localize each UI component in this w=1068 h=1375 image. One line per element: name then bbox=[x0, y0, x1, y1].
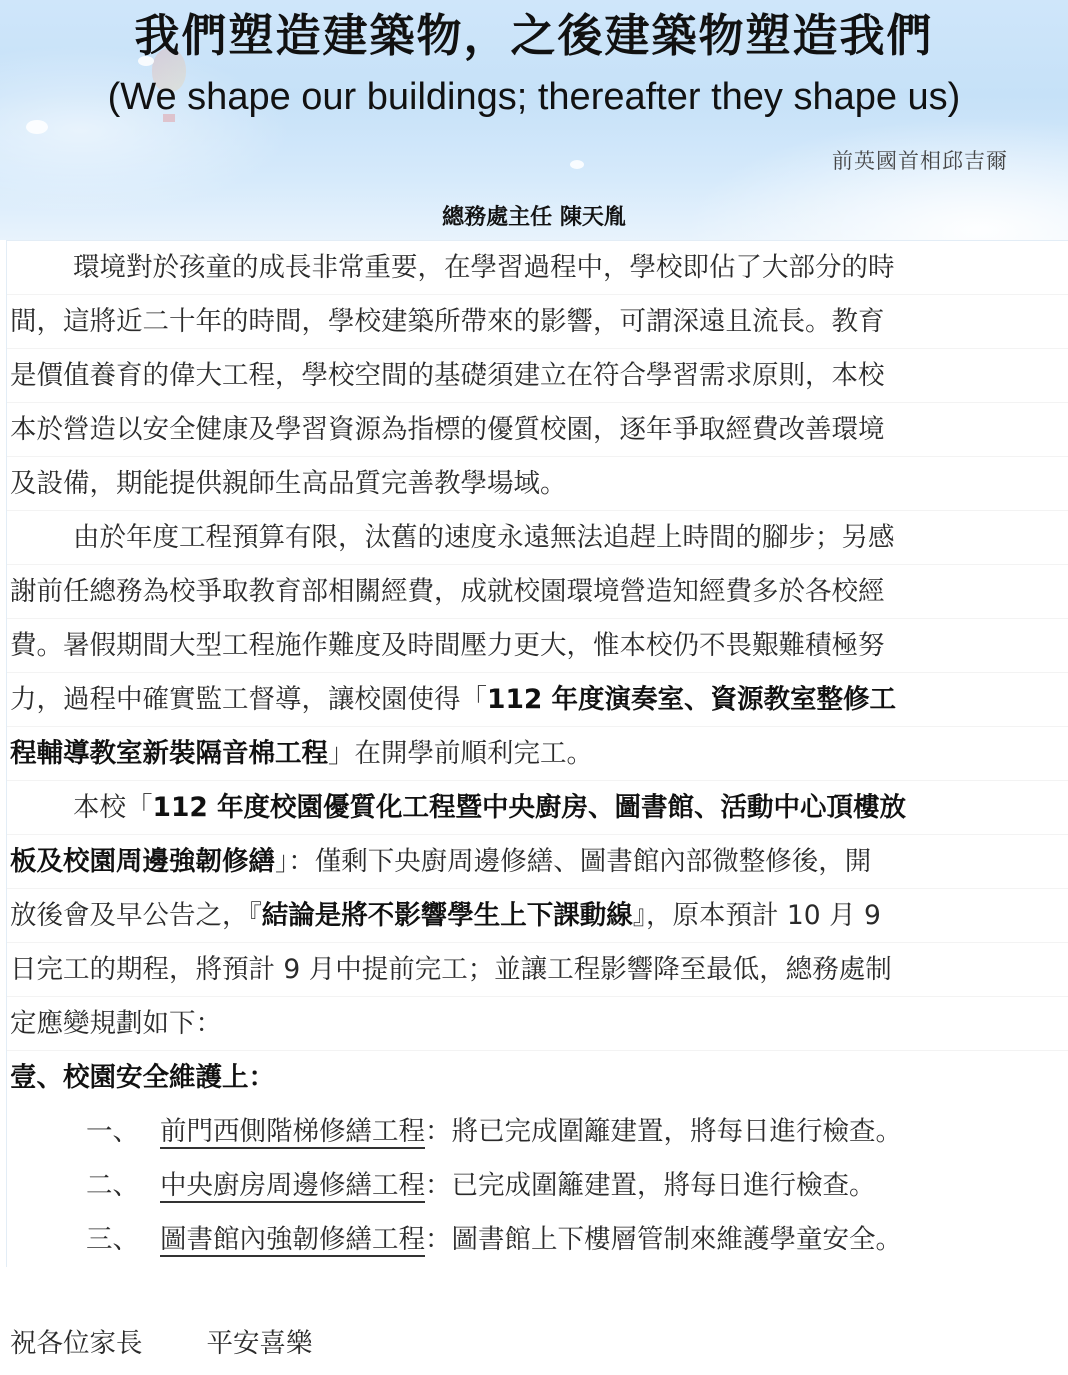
text-run: 」在開學前順利完工。 bbox=[328, 738, 593, 769]
paragraph-line: 由於年度工程預算有限，汰舊的速度永遠無法追趕上時間的腳步；另感 bbox=[7, 511, 1068, 565]
list-number: 一、 bbox=[86, 1105, 160, 1159]
text-run: 是價值養育的偉大工程，學校空間的基礎須建立在符合學習需求原則，本校 bbox=[10, 360, 885, 391]
paragraph-line: 板及校園周邊強韌修繕」：僅剩下央廚周邊修繕、圖書館內部微整修後，開 bbox=[7, 835, 1068, 889]
text-run: 」：僅剩下央廚周邊修繕、圖書館內部微整修後，開 bbox=[275, 846, 871, 877]
list-item-title: 前門西側階梯修繕工程 bbox=[160, 1116, 425, 1147]
emphasized-text: 程輔導教室新裝隔音棉工程 bbox=[10, 738, 328, 769]
paragraph-line: 定應變規劃如下： bbox=[7, 997, 1068, 1051]
list-item: 一、前門西側階梯修繕工程：將已完成圍籬建置，將每日進行檢查。 bbox=[7, 1105, 1068, 1159]
list-item-description: ：已完成圍籬建置，將每日進行檢查。 bbox=[425, 1170, 876, 1201]
paragraph-line: 及設備，期能提供親師生高品質完善教學場域。 bbox=[7, 457, 1068, 511]
paragraph-line: 是價值養育的偉大工程，學校空間的基礎須建立在符合學習需求原則，本校 bbox=[7, 349, 1068, 403]
paragraph: 本校「112 年度校園優質化工程暨中央廚房、圖書館、活動中心頂樓放板及校園周邊強… bbox=[7, 781, 1068, 1051]
text-run: 由於年度工程預算有限，汰舊的速度永遠無法追趕上時間的腳步；另感 bbox=[73, 522, 895, 553]
cloud-decoration bbox=[570, 160, 584, 169]
text-run: 費。暑假期間大型工程施作難度及時間壓力更大，惟本校仍不畏艱難積極努 bbox=[10, 630, 885, 661]
text-run: 放後會及早公告之，『 bbox=[10, 900, 262, 931]
paragraph: 環境對於孩童的成長非常重要，在學習過程中，學校即佔了大部分的時間，這將近二十年的… bbox=[7, 241, 1068, 511]
text-run: 環境對於孩童的成長非常重要，在學習過程中，學校即佔了大部分的時 bbox=[73, 252, 895, 283]
page-subtitle: (We shape our buildings; thereafter they… bbox=[0, 72, 1068, 122]
list-item-description: ：將已完成圍籬建置，將每日進行檢查。 bbox=[425, 1116, 902, 1147]
page-title: 我們塑造建築物，之後建築物塑造我們 bbox=[0, 6, 1068, 66]
text-run: 及設備，期能提供親師生高品質完善教學場域。 bbox=[10, 468, 567, 499]
text-run: 謝前任總務為校爭取教育部相關經費，成就校園環境營造知經費多於各校經 bbox=[10, 576, 885, 607]
section-heading: 壹、校園安全維護上： bbox=[7, 1051, 1068, 1105]
list-number: 三、 bbox=[86, 1213, 160, 1267]
emphasized-text: 板及校園周邊強韌修繕 bbox=[10, 846, 275, 877]
text-run: 日完工的期程，將預計 9 月中提前完工；並讓工程影響降至最低，總務處制 bbox=[10, 954, 892, 985]
emphasized-text: 112 年度演奏室、資源教室整修工 bbox=[487, 684, 896, 715]
paragraph-line: 本於營造以安全健康及學習資源為指標的優質校園，逐年爭取經費改善環境 bbox=[7, 403, 1068, 457]
cloud-decoration bbox=[26, 120, 48, 134]
paragraph-line: 放後會及早公告之，『結論是將不影響學生上下課動線』，原本預計 10 月 9 bbox=[7, 889, 1068, 943]
paragraph-line: 力，過程中確實監工督導，讓校園使得「112 年度演奏室、資源教室整修工 bbox=[7, 673, 1068, 727]
list-item: 三、圖書館內強韌修繕工程：圖書館上下樓層管制來維護學童安全。 bbox=[7, 1213, 1068, 1267]
paragraph-line: 謝前任總務為校爭取教育部相關經費，成就校園環境營造知經費多於各校經 bbox=[7, 565, 1068, 619]
text-run: 定應變規劃如下： bbox=[10, 1008, 222, 1039]
author-line: 總務處主任 陳天胤 bbox=[0, 200, 1068, 231]
emphasized-text: 112 年度校園優質化工程暨中央廚房、圖書館、活動中心頂樓放 bbox=[153, 792, 907, 823]
list-item-title: 中央廚房周邊修繕工程 bbox=[160, 1170, 425, 1201]
quote-attribution: 前英國首相邱吉爾 bbox=[832, 145, 1008, 175]
list-item: 二、中央廚房周邊修繕工程：已完成圍籬建置，將每日進行檢查。 bbox=[7, 1159, 1068, 1213]
closing-greeting: 祝各位家長平安喜樂 bbox=[10, 1320, 313, 1368]
text-run: 間，這將近二十年的時間，學校建築所帶來的影響，可謂深遠且流長。教育 bbox=[10, 306, 885, 337]
text-run: 本於營造以安全健康及學習資源為指標的優質校園，逐年爭取經費改善環境 bbox=[10, 414, 885, 445]
greeting-text: 祝各位家長 bbox=[10, 1328, 143, 1359]
paragraph-line: 程輔導教室新裝隔音棉工程」在開學前順利完工。 bbox=[7, 727, 1068, 781]
wish-text: 平安喜樂 bbox=[207, 1328, 313, 1359]
paragraph-line: 間，這將近二十年的時間，學校建築所帶來的影響，可謂深遠且流長。教育 bbox=[7, 295, 1068, 349]
list-item-description: ：圖書館上下樓層管制來維護學童安全。 bbox=[425, 1224, 902, 1255]
text-run: 』，原本預計 10 月 9 bbox=[633, 900, 881, 931]
list-item-title: 圖書館內強韌修繕工程 bbox=[160, 1224, 425, 1255]
paragraph-line: 本校「112 年度校園優質化工程暨中央廚房、圖書館、活動中心頂樓放 bbox=[7, 781, 1068, 835]
text-run: 力，過程中確實監工督導，讓校園使得「 bbox=[10, 684, 487, 715]
paragraph-line: 環境對於孩童的成長非常重要，在學習過程中，學校即佔了大部分的時 bbox=[7, 241, 1068, 295]
header-banner: 我們塑造建築物，之後建築物塑造我們 (We shape our building… bbox=[0, 0, 1068, 240]
text-run: 本校「 bbox=[73, 792, 153, 823]
paragraph: 由於年度工程預算有限，汰舊的速度永遠無法追趕上時間的腳步；另感謝前任總務為校爭取… bbox=[7, 511, 1068, 781]
article-body: 環境對於孩童的成長非常重要，在學習過程中，學校即佔了大部分的時間，這將近二十年的… bbox=[6, 240, 1068, 1267]
paragraph-line: 日完工的期程，將預計 9 月中提前完工；並讓工程影響降至最低，總務處制 bbox=[7, 943, 1068, 997]
list-number: 二、 bbox=[86, 1159, 160, 1213]
paragraph-line: 費。暑假期間大型工程施作難度及時間壓力更大，惟本校仍不畏艱難積極努 bbox=[7, 619, 1068, 673]
emphasized-text: 結論是將不影響學生上下課動線 bbox=[262, 900, 633, 931]
